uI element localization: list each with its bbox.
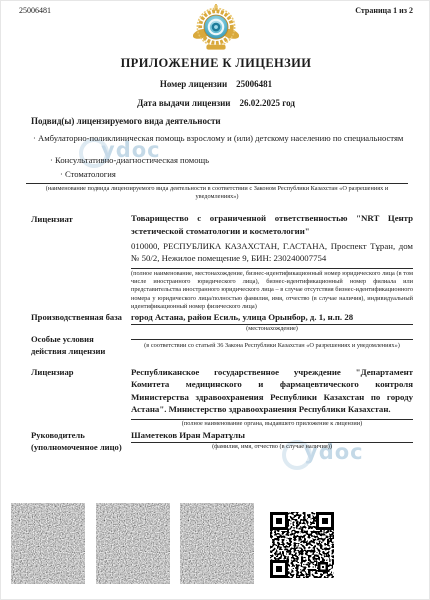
- document-title: ПРИЛОЖЕНИЕ К ЛИЦЕНЗИИ: [1, 56, 430, 71]
- datamatrix-barcode-icon: [96, 503, 170, 584]
- head-official-name: Шаметеков Иран Маратұлы: [131, 430, 413, 443]
- licensee-label: Лицензиат: [31, 214, 136, 226]
- qr-finder-bottom-left: [270, 560, 288, 578]
- special-conditions-caption: (в соответствии со статьей 36 Закона Рес…: [131, 339, 413, 350]
- datamatrix-barcode-icon: [11, 503, 85, 584]
- licensee-address: 010000, РЕСПУБЛИКА КАЗАХСТАН, Г.АСТАНА, …: [131, 241, 413, 265]
- licensor-caption: (полное наименование органа, выдавшего п…: [131, 420, 413, 428]
- licensor-value: Республиканское государственное учрежден…: [131, 366, 413, 416]
- head-official-value-block: Шаметеков Иран Маратұлы (фамилия, имя, о…: [131, 430, 413, 451]
- license-date-label: Дата выдачи лицензии: [137, 98, 230, 108]
- header-doc-number: 25006481: [19, 6, 51, 15]
- subtypes-caption: (наименование подвида лицензируемого вид…: [26, 185, 408, 201]
- head-official-caption: (фамилия, имя, отчество (в случае наличи…: [131, 443, 413, 451]
- licensee-caption: (полное наименование, местонахождение, б…: [131, 270, 413, 311]
- subtype-item: · Консультативно-диагностическая помощь: [50, 155, 209, 165]
- production-base-caption: (местонахождение): [131, 325, 413, 333]
- subtype-item: · Амбулаторно-поликлиническая помощь взр…: [33, 133, 403, 143]
- kazakhstan-emblem-icon: [193, 4, 239, 52]
- production-base-label: Производственная база: [31, 312, 131, 324]
- subtype-item: · Стоматология: [60, 169, 116, 179]
- qr-alignment-pattern: [318, 562, 328, 572]
- license-date-value: 26.02.2025 год: [240, 98, 295, 108]
- special-conditions-block: (в соответствии со статьей 36 Закона Рес…: [131, 339, 413, 350]
- head-official-label: Руководитель (уполномоченное лицо): [31, 430, 136, 453]
- licensor-label: Лицензиар: [31, 367, 136, 379]
- special-conditions-label: Особые условия действия лицензии: [31, 334, 126, 357]
- licensor-value-block: Республиканское государственное учрежден…: [131, 366, 413, 428]
- qr-finder-top-right: [316, 512, 334, 530]
- production-base-value-block: город Астана, район Есиль, улица Орынбор…: [131, 312, 413, 333]
- divider-line: [131, 268, 413, 269]
- datamatrix-barcode-icon: [180, 503, 254, 584]
- page-indicator: Страница 1 из 2: [355, 6, 413, 15]
- license-number-label: Номер лицензии: [160, 79, 227, 89]
- licensee-name: Товарищество с ограниченной ответственно…: [131, 212, 413, 238]
- divider-line: [26, 183, 408, 184]
- qr-code-icon: [268, 510, 336, 580]
- document-page: ydoc ydoc: [0, 0, 430, 600]
- licensee-value-block: Товарищество с ограниченной ответственно…: [131, 212, 413, 311]
- subtypes-heading: Подвид(ы) лицензируемого вида деятельнос…: [31, 116, 221, 126]
- production-base-value: город Астана, район Есиль, улица Орынбор…: [131, 312, 413, 325]
- license-number-value: 25006481: [236, 79, 272, 89]
- qr-finder-top-left: [270, 512, 288, 530]
- license-number-line: Номер лицензии25006481: [1, 79, 430, 89]
- license-date-line: Дата выдачи лицензии26.02.2025 год: [1, 98, 430, 108]
